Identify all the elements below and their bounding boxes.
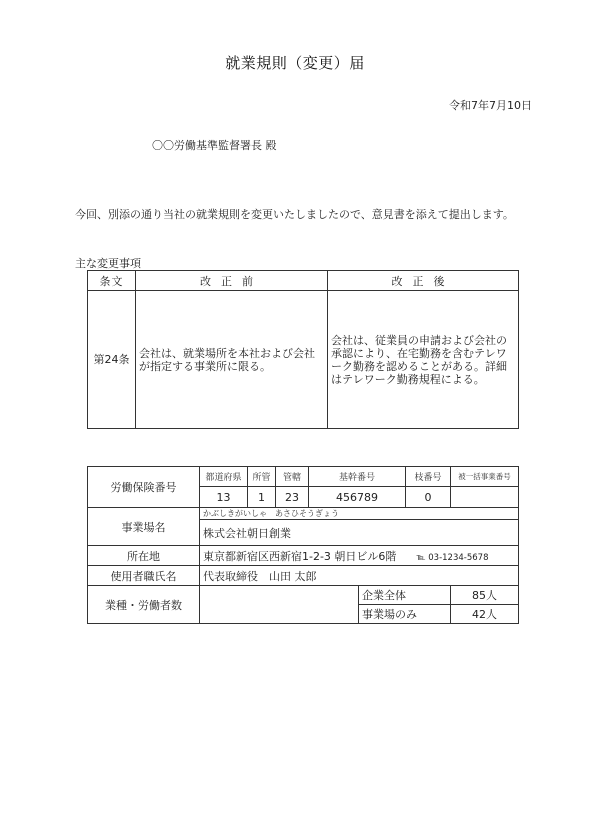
header-before: 改正前 <box>136 271 328 291</box>
workers-site-count: 42人 <box>451 605 519 624</box>
business-furigana: かぶしきがいしゃ あさひそうぎょう <box>200 508 519 520</box>
insurance-header-consolidated: 被一括事業番号 <box>451 467 519 487</box>
document-title: 就業規則（変更）届 <box>0 52 590 73</box>
location-tel: ℡ 03-1234-5678 <box>416 553 488 563</box>
employer-row: 使用者職氏名 代表取締役 山田 太郎 <box>88 566 519 586</box>
info-table: 労働保険番号 都道府県 所管 管轄 基幹番号 枝番号 被一括事業番号 13 1 … <box>87 466 519 624</box>
insurance-header-row: 労働保険番号 都道府県 所管 管轄 基幹番号 枝番号 被一括事業番号 <box>88 467 519 487</box>
insurance-header-branch: 枝番号 <box>406 467 451 487</box>
workers-site-label: 事業場のみ <box>359 605 451 624</box>
business-label: 事業場名 <box>88 508 200 546</box>
before-cell: 会社は、就業場所を本社および会社が指定する事業所に限る。 <box>136 291 328 429</box>
insurance-value-base-number: 456789 <box>309 487 406 508</box>
insurance-value-consolidated <box>451 487 519 508</box>
insurance-label: 労働保険番号 <box>88 467 200 508</box>
workers-row-company: 業種・労働者数 企業全体 85人 <box>88 586 519 605</box>
industry-cell <box>200 586 359 624</box>
business-furigana-row: 事業場名 かぶしきがいしゃ あさひそうぎょう <box>88 508 519 520</box>
addressee: 〇〇労働基準監督署長 殿 <box>152 137 277 153</box>
workers-company-label: 企業全体 <box>359 586 451 605</box>
employer-value: 代表取締役 山田 太郎 <box>200 566 519 586</box>
changes-table: 条文 改正前 改正後 第24条 会社は、就業場所を本社および会社が指定する事業所… <box>87 270 519 429</box>
after-cell: 会社は、従業員の申請および会社の承認により、在宅勤務を含むテレワーク勤務を認める… <box>328 291 519 429</box>
insurance-value-district: 23 <box>276 487 309 508</box>
insurance-header-base-number: 基幹番号 <box>309 467 406 487</box>
insurance-value-jurisdiction: 1 <box>248 487 276 508</box>
changes-header-row: 条文 改正前 改正後 <box>88 271 519 291</box>
location-label: 所在地 <box>88 546 200 566</box>
article-cell: 第24条 <box>88 291 136 429</box>
employer-label: 使用者職氏名 <box>88 566 200 586</box>
section-label-changes: 主な変更事項 <box>75 255 141 271</box>
business-name: 株式会社朝日創業 <box>200 520 519 546</box>
location-address: 東京都新宿区西新宿1-2-3 朝日ビル6階 <box>203 550 396 563</box>
statement-text: 今回、別添の通り当社の就業規則を変更いたしましたので、意見書を添えて提出します。 <box>75 206 514 222</box>
workers-company-count: 85人 <box>451 586 519 605</box>
insurance-value-prefecture: 13 <box>200 487 248 508</box>
workers-label: 業種・労働者数 <box>88 586 200 624</box>
insurance-header-district: 管轄 <box>276 467 309 487</box>
insurance-value-branch: 0 <box>406 487 451 508</box>
location-row: 所在地 東京都新宿区西新宿1-2-3 朝日ビル6階℡ 03-1234-5678 <box>88 546 519 566</box>
location-cell: 東京都新宿区西新宿1-2-3 朝日ビル6階℡ 03-1234-5678 <box>200 546 519 566</box>
insurance-header-prefecture: 都道府県 <box>200 467 248 487</box>
insurance-header-jurisdiction: 所管 <box>248 467 276 487</box>
header-after: 改正後 <box>328 271 519 291</box>
submission-date: 令和7年7月10日 <box>449 97 532 113</box>
header-article: 条文 <box>88 271 136 291</box>
table-row: 第24条 会社は、就業場所を本社および会社が指定する事業所に限る。 会社は、従業… <box>88 291 519 429</box>
